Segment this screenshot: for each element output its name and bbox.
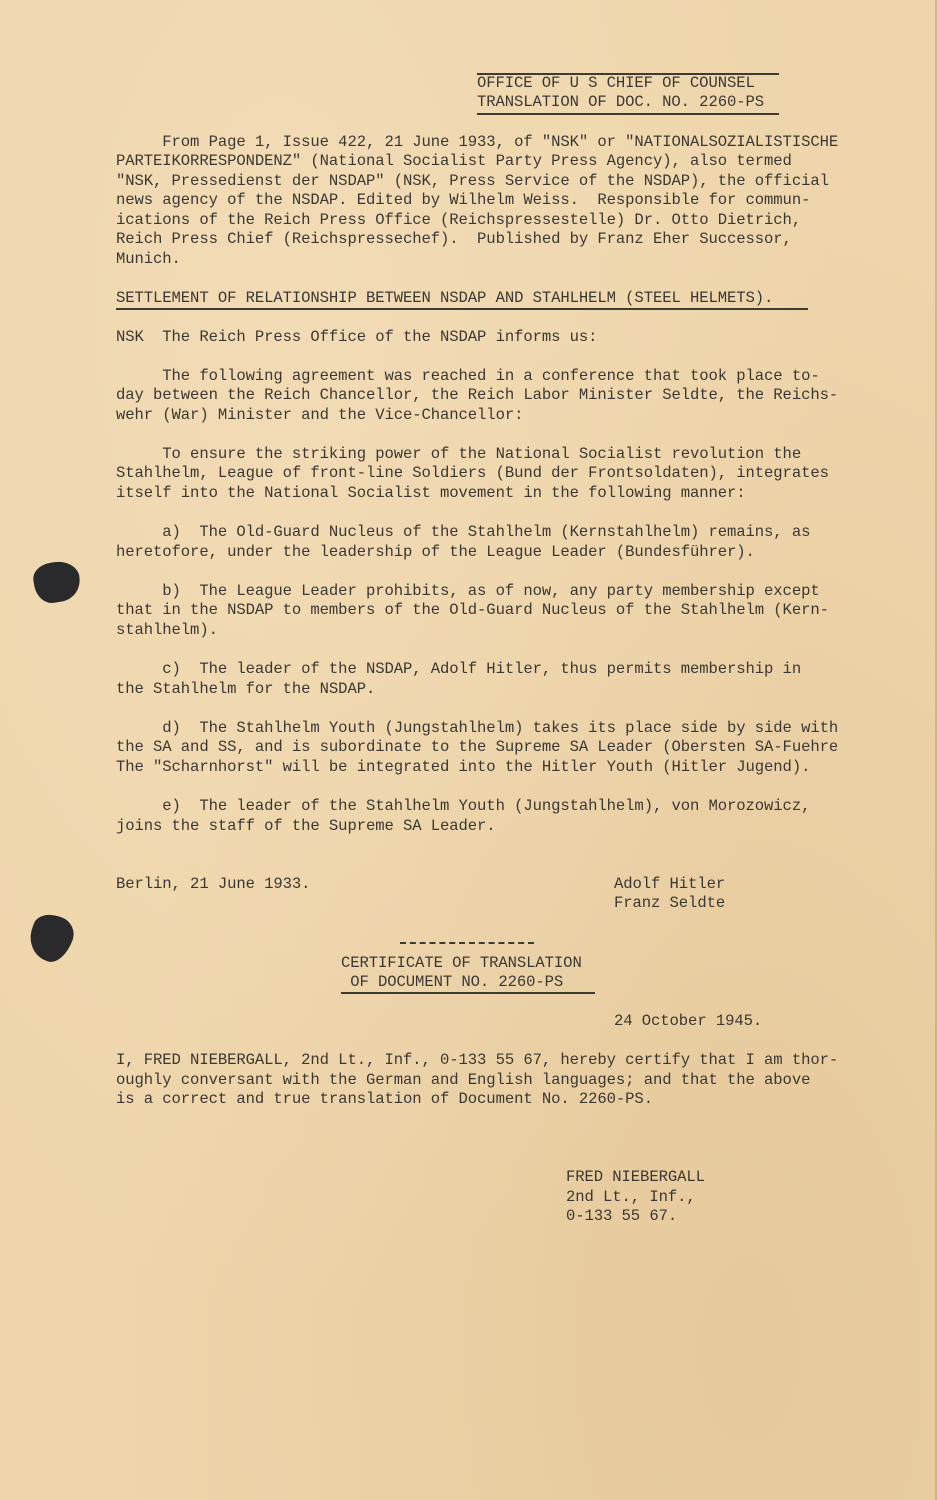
source-line: PARTEIKORRESPONDENZ" (National Socialist…	[116, 152, 792, 172]
certificate-date: 24 October 1945.	[614, 1012, 762, 1032]
item-b-line: b) The League Leader prohibits, as of no…	[116, 582, 820, 602]
certificate-body-line: is a correct and true translation of Doc…	[116, 1090, 653, 1110]
item-b-line: stahlhelm).	[116, 621, 218, 641]
item-a-line: heretofore, under the leadership of the …	[116, 543, 755, 563]
item-c-line: c) The leader of the NSDAP, Adolf Hitler…	[116, 660, 801, 680]
item-e-line: e) The leader of the Stahlhelm Youth (Ju…	[116, 797, 810, 817]
item-c-line: the Stahlhelm for the NSDAP.	[116, 680, 375, 700]
purpose-line: To ensure the striking power of the Nati…	[116, 445, 801, 465]
agreement-line: day between the Reich Chancellor, the Re…	[116, 386, 838, 406]
document-title: SETTLEMENT OF RELATIONSHIP BETWEEN NSDAP…	[116, 289, 773, 309]
document-page: OFFICE OF U S CHIEF OF COUNSEL TRANSLATI…	[0, 0, 937, 1500]
item-d-line: The "Scharnhorst" will be integrated int…	[116, 758, 810, 778]
item-a-line: a) The Old-Guard Nucleus of the Stahlhel…	[116, 523, 810, 543]
source-line: From Page 1, Issue 422, 21 June 1933, of…	[116, 133, 838, 153]
place-date: Berlin, 21 June 1933.	[116, 875, 310, 895]
header-rule-bottom	[477, 113, 779, 115]
source-line: Reich Press Chief (Reichspressechef). Pu…	[116, 230, 792, 250]
ink-blotch	[23, 909, 78, 967]
source-line: Munich.	[116, 250, 181, 270]
title-underline	[116, 308, 808, 310]
ink-blotch	[31, 558, 83, 605]
translator-signature: FRED NIEBERGALL	[566, 1168, 705, 1188]
purpose-line: itself into the National Socialist movem…	[116, 484, 746, 504]
certificate-dash-rule	[400, 942, 534, 944]
agreement-line: The following agreement was reached in a…	[116, 367, 820, 387]
intro-line: NSK The Reich Press Office of the NSDAP …	[116, 328, 597, 348]
certificate-title: CERTIFICATE OF TRANSLATION	[341, 954, 582, 974]
purpose-line: Stahlhelm, League of front-line Soldiers…	[116, 464, 829, 484]
item-d-line: the SA and SS, and is subordinate to the…	[116, 738, 838, 758]
translator-signature: 0-133 55 67.	[566, 1207, 677, 1227]
signatory: Adolf Hitler	[614, 875, 725, 895]
signatory: Franz Seldte	[614, 894, 725, 914]
header-translation-line: TRANSLATION OF DOC. NO. 2260-PS	[477, 93, 764, 113]
certificate-body-line: oughly conversant with the German and En…	[116, 1071, 810, 1091]
source-line: news agency of the NSDAP. Edited by Wilh…	[116, 191, 810, 211]
item-e-line: joins the staff of the Supreme SA Leader…	[116, 817, 496, 837]
certificate-body-line: I, FRED NIEBERGALL, 2nd Lt., Inf., 0-133…	[116, 1051, 838, 1071]
source-line: "NSK, Pressedienst der NSDAP" (NSK, Pres…	[116, 172, 829, 192]
item-d-line: d) The Stahlhelm Youth (Jungstahlhelm) t…	[116, 719, 838, 739]
certificate-underline	[341, 992, 595, 994]
item-b-line: that in the NSDAP to members of the Old-…	[116, 601, 829, 621]
certificate-title: OF DOCUMENT NO. 2260-PS	[341, 973, 563, 993]
translator-signature: 2nd Lt., Inf.,	[566, 1188, 696, 1208]
agreement-line: wehr (War) Minister and the Vice-Chancel…	[116, 406, 523, 426]
header-office-line: OFFICE OF U S CHIEF OF COUNSEL	[477, 74, 755, 94]
source-line: ications of the Reich Press Office (Reic…	[116, 211, 801, 231]
